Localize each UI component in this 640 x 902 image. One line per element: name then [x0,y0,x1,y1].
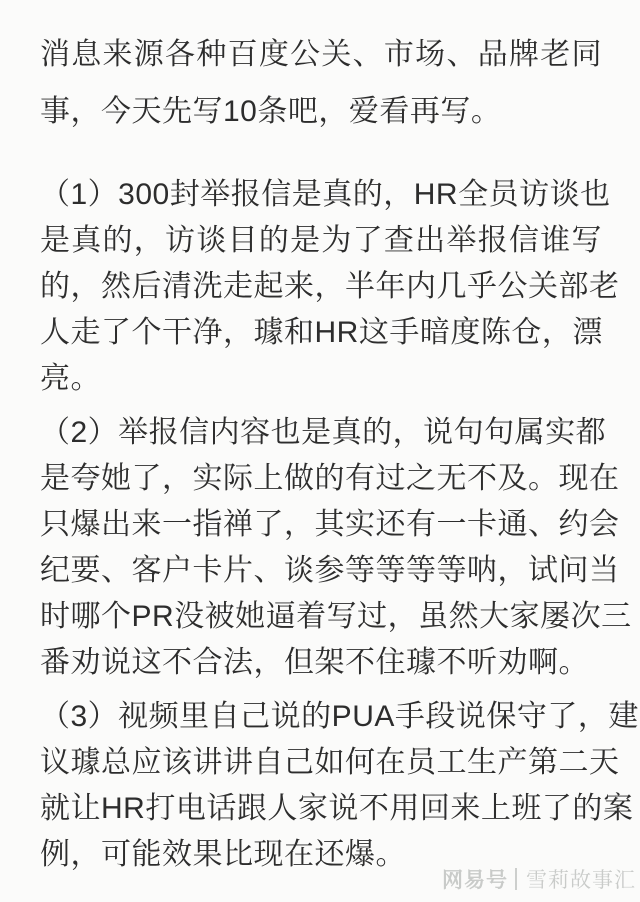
text-line: （3）视频里自己说的PUA手段说保守了，建 [40,694,602,740]
text-line: 时哪个PR没被她逼着写过，虽然大家屡次三 [40,594,602,640]
paragraph-point-2: （2）举报信内容也是真的，说句句属实都 是夸她了，实际上做的有过之无不及。现在 … [40,410,602,686]
text-line: 纪要、客户卡片、谈参等等等等呐，试问当 [40,548,602,594]
text-line: （1）300封举报信是真的，HR全员访谈也 [40,172,602,218]
text-line: 消息来源各种百度公关、市场、品牌老同 [40,26,602,83]
text-line: 亮。 [40,356,602,402]
text-line: 人走了个干净，璩和HR这手暗度陈仓，漂 [40,310,602,356]
watermark-platform-label: 网易号 [442,864,508,894]
paragraph-point-1: （1）300封举报信是真的，HR全员访谈也 是真的，访谈目的是为了查出举报信谁写… [40,172,602,402]
text-line: 事，今天先写10条吧，爱看再写。 [40,83,602,140]
watermark-divider [515,868,517,890]
paragraph-intro: 消息来源各种百度公关、市场、品牌老同 事，今天先写10条吧，爱看再写。 [40,26,602,140]
text-line: 议璩总应该讲讲自己如何在员工生产第二天 [40,740,602,786]
watermark-account-label: 雪莉故事汇 [526,864,636,894]
text-line: （2）举报信内容也是真的，说句句属实都 [40,410,602,456]
netease-watermark: 网易号 雪莉故事汇 [442,864,636,894]
text-line: 是夸她了，实际上做的有过之无不及。现在 [40,456,602,502]
article-body: 消息来源各种百度公关、市场、品牌老同 事，今天先写10条吧，爱看再写。 （1）3… [0,0,640,878]
text-line: 只爆出来一指禅了，其实还有一卡通、约会 [40,502,602,548]
text-line: 的，然后清洗走起来，半年内几乎公关部老 [40,264,602,310]
text-line: 就让HR打电话跟人家说不用回来上班了的案 [40,786,602,832]
paragraph-point-3: （3）视频里自己说的PUA手段说保守了，建 议璩总应该讲讲自己如何在员工生产第二… [40,694,602,878]
text-line: 番劝说这不合法，但架不住璩不听劝啊。 [40,640,602,686]
text-line: 是真的，访谈目的是为了查出举报信谁写 [40,218,602,264]
